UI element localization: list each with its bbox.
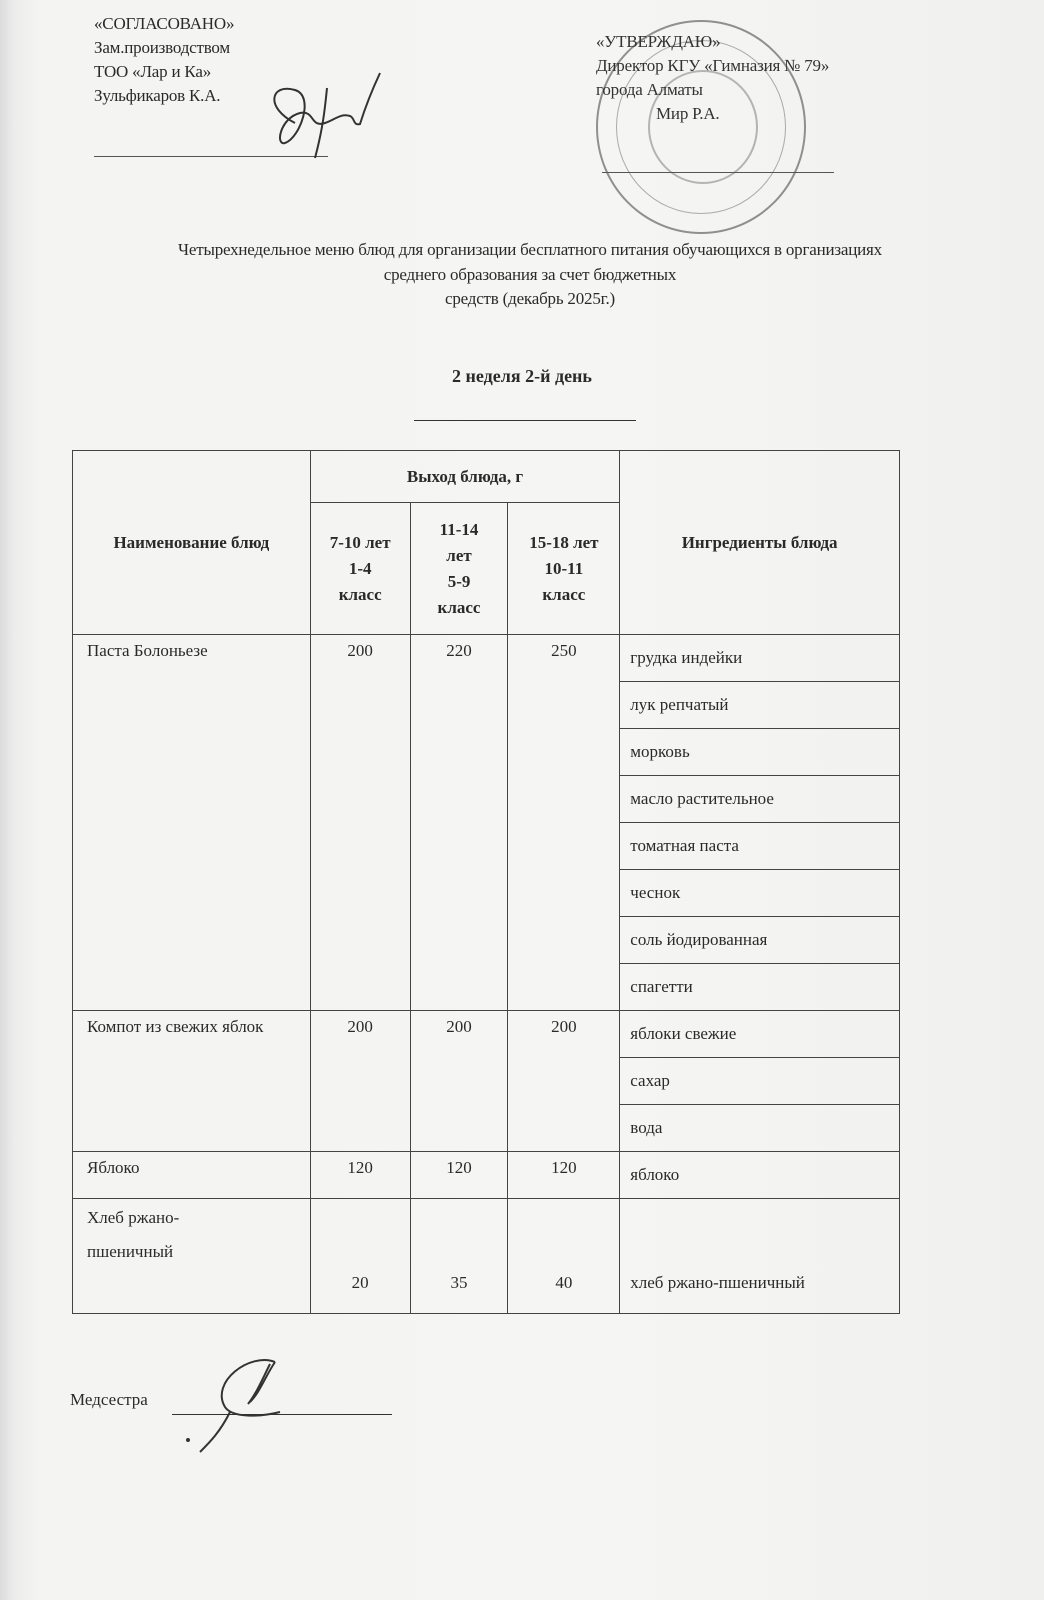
header-age-7-10: 7-10 лет 1-4 класс xyxy=(310,503,410,635)
ingredient: вода xyxy=(620,1105,899,1151)
title-line: средств (декабрь 2025г.) xyxy=(80,287,980,312)
yield-15-18: 120 xyxy=(508,1152,620,1199)
ingredient: яблоки свежие xyxy=(620,1011,899,1058)
header-ingredients: Ингредиенты блюда xyxy=(620,451,900,635)
dish-name: Яблоко xyxy=(73,1152,311,1199)
approval-block-left: «СОГЛАСОВАНО» Зам.производством ТОО «Лар… xyxy=(94,12,234,108)
ingredients-list: грудка индейки лук репчатый морковь масл… xyxy=(620,635,900,1011)
yield-7-10: 120 xyxy=(310,1152,410,1199)
approval-block-right: «УТВЕРЖДАЮ» Директор КГУ «Гимназия № 79»… xyxy=(596,30,829,126)
ingredients-list: яблоки свежие сахар вода xyxy=(620,1011,900,1152)
ingredient: чеснок xyxy=(620,870,899,917)
menu-table: Наименование блюд Выход блюда, г Ингреди… xyxy=(72,450,900,1314)
approval-line: Зульфикаров К.А. xyxy=(94,84,234,108)
dish-name: Паста Болоньезе xyxy=(73,635,311,1011)
header-text: 10-11 xyxy=(508,556,619,582)
approval-line: ТОО «Лар и Ка» xyxy=(94,60,234,84)
heading-underline xyxy=(414,420,636,421)
header-text: 7-10 лет xyxy=(311,530,410,556)
table-row: Компот из свежих яблок 200 200 200 яблок… xyxy=(73,1011,900,1152)
ingredients-list: яблоко xyxy=(620,1152,900,1199)
ingredient: спагетти xyxy=(620,964,899,1010)
header-text: 15-18 лет xyxy=(508,530,619,556)
ingredient: морковь xyxy=(620,729,899,776)
yield-11-14: 120 xyxy=(410,1152,508,1199)
ingredient: сахар xyxy=(620,1058,899,1105)
approval-heading: «УТВЕРЖДАЮ» xyxy=(596,30,829,54)
yield-11-14: 35 xyxy=(410,1199,508,1314)
document-title: Четырехнедельное меню блюд для организац… xyxy=(80,238,980,312)
header-text: 5-9 xyxy=(411,569,508,595)
title-line: Четырехнедельное меню блюд для организац… xyxy=(80,238,980,263)
dish-name: Хлеб ржано-пшеничный xyxy=(73,1199,311,1314)
header-text: 11-14 xyxy=(411,517,508,543)
approval-line: города Алматы xyxy=(596,78,829,102)
yield-7-10: 200 xyxy=(310,1011,410,1152)
dish-name: Компот из свежих яблок xyxy=(73,1011,311,1152)
table-row: Хлеб ржано-пшеничный 20 35 40 хлеб ржано… xyxy=(73,1199,900,1314)
dish-name-text: Хлеб ржано-пшеничный xyxy=(87,1201,217,1269)
approval-heading: «СОГЛАСОВАНО» xyxy=(94,12,234,36)
yield-15-18: 40 xyxy=(508,1199,620,1314)
title-line: среднего образования за счет бюджетных xyxy=(80,263,980,288)
approval-line: Зам.производством xyxy=(94,36,234,60)
header-dish: Наименование блюд xyxy=(73,451,311,635)
table-row: Паста Болоньезе 200 220 250 грудка индей… xyxy=(73,635,900,1011)
approval-line: Директор КГУ «Гимназия № 79» xyxy=(596,54,829,78)
header-yield: Выход блюда, г xyxy=(310,451,620,503)
yield-15-18: 200 xyxy=(508,1011,620,1152)
signature-line xyxy=(602,172,834,173)
ingredient: соль йодированная xyxy=(620,917,899,964)
signature-icon xyxy=(170,1352,290,1462)
ingredient: яблоко xyxy=(620,1152,899,1198)
yield-11-14: 200 xyxy=(410,1011,508,1152)
nurse-label: Медсестра xyxy=(70,1390,148,1410)
table-row: Яблоко 120 120 120 яблоко xyxy=(73,1152,900,1199)
header-age-11-14: 11-14 лет 5-9 класс xyxy=(410,503,508,635)
ingredient: хлеб ржано-пшеничный xyxy=(620,1199,900,1314)
header-text: класс xyxy=(508,582,619,608)
ingredient: масло растительное xyxy=(620,776,899,823)
approval-line: Мир Р.А. xyxy=(596,102,829,126)
week-day-heading: 2 неделя 2-й день xyxy=(0,366,1044,387)
ingredient: лук репчатый xyxy=(620,682,899,729)
header-text: класс xyxy=(311,582,410,608)
header-text: класс xyxy=(411,595,508,621)
header-age-15-18: 15-18 лет 10-11 класс xyxy=(508,503,620,635)
yield-11-14: 220 xyxy=(410,635,508,1011)
ingredient: грудка индейки xyxy=(620,635,899,682)
ingredient: томатная паста xyxy=(620,823,899,870)
signature-icon xyxy=(255,68,385,163)
header-text: лет xyxy=(411,543,508,569)
yield-7-10: 20 xyxy=(310,1199,410,1314)
header-text: 1-4 xyxy=(311,556,410,582)
yield-7-10: 200 xyxy=(310,635,410,1011)
yield-15-18: 250 xyxy=(508,635,620,1011)
